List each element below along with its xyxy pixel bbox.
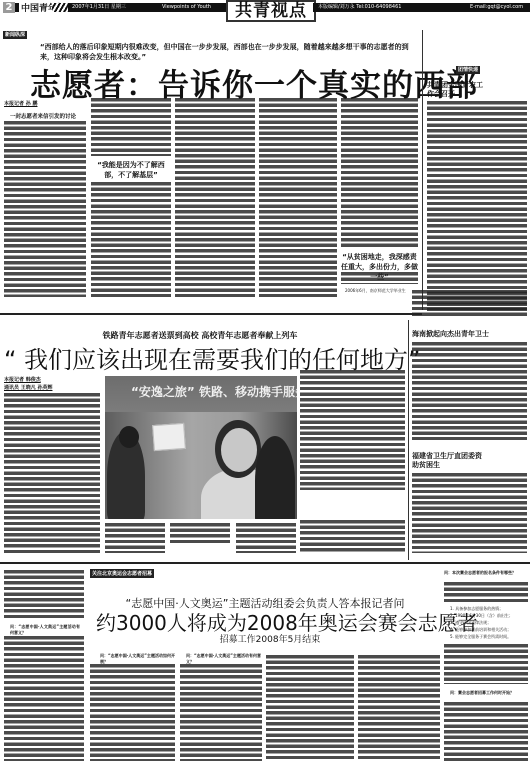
story1-col-5a [341, 98, 418, 248]
story3-q4: 问：本次赛会志愿者的报名条件有哪些？ [444, 570, 528, 576]
story1-byline: 本报记者 孙 鹏 [4, 100, 37, 107]
story3-col-6a [444, 582, 528, 604]
sidebar2-title: 海南掀起向杰出青年卫士 [412, 330, 527, 339]
story3-q5: 问：赛会志愿者招募工作何时开始？ [450, 690, 528, 696]
story1-subhead-2: “我能是因为不了解西部，不了解基层” [91, 160, 171, 180]
photo-ticket [152, 423, 186, 451]
story3-sub: 招募工作2008年5月结束 [150, 632, 390, 645]
story3-req-4: 4. 能够参加赛前培训和相关活动； [450, 627, 528, 633]
issue-date: 2007年1月31日 星期三 [72, 3, 126, 12]
story1-col-2b [91, 182, 171, 297]
photo-face [221, 428, 257, 472]
tagline: Viewpoints of Youth [162, 3, 211, 12]
story1-deck: “西部给人的落后印象短期内很难改变，但中国在一步步发展，西部也在一步步发展，随着… [40, 42, 420, 62]
sidebar1-body [427, 101, 527, 311]
story2-col-1 [4, 393, 100, 553]
story2-col-3 [170, 523, 230, 545]
column-divider-2 [408, 320, 409, 560]
story1-col-5b [341, 272, 418, 284]
story3-col-6c [444, 702, 528, 761]
story3-q1: 问：“志愿中国·人文奥运”主题活动有何意义？ [10, 624, 80, 635]
story2-caption-text [300, 520, 405, 553]
photo-person-2 [255, 436, 295, 519]
story3-col-6b [444, 644, 528, 684]
story1-dateline: 2006年6月，南京师范大学毕业生 [345, 288, 417, 294]
hatch-decoration [52, 3, 68, 12]
story3-col-1 [4, 636, 84, 761]
story2-byline-2: 通讯员 王晓凡 孙英辉 [4, 384, 52, 391]
masthead: 2 中国青年报 2007年1月31日 星期三 Viewpoints of You… [0, 0, 530, 26]
column-divider [422, 30, 423, 310]
story3-q3: 问：“志愿中国·人文奥运”主题活动有何意义？ [186, 653, 261, 664]
sidebar1-kicker: 团情快递 [456, 66, 480, 74]
editor-line: 本版编辑/刘万永 Tel:010-64098461 [318, 3, 401, 12]
story3-intro [4, 570, 84, 618]
story3-col-4 [266, 655, 354, 761]
sidebar3-body [412, 473, 527, 553]
story2-photo: “安逸之旅” 铁路、移动携手服务返程 [105, 376, 297, 519]
section-title: 共青视点 [226, 0, 316, 22]
sidebar2-body [412, 342, 527, 440]
story1-subhead-1: 一封志愿者来信引发的讨论 [10, 112, 76, 120]
story3-req-2: 2. 1990年6月30日（含）前出生； [450, 613, 528, 619]
story1-col-2a [91, 98, 171, 156]
story3-req-1: 1. 具备参加志愿服务的热情； [450, 606, 528, 612]
photo-head-1 [119, 426, 139, 448]
story1-col-1 [4, 121, 86, 297]
story3-req-3: 3. 遵守中国法律法规； [450, 620, 528, 626]
story1-col-3 [175, 98, 255, 297]
section-rule-1 [0, 313, 422, 315]
sidebar1-tail [412, 290, 527, 318]
story3-req-5: 5. 能够完全服务于赛会所需时间。 [450, 634, 528, 640]
story3-col-5 [358, 655, 440, 761]
sidebar3-title: 福建省卫生厅直团委资助贫困生 [412, 452, 482, 470]
story3-col-3 [180, 664, 262, 761]
story3-kicker: 关注北京奥运会志愿者招募 [90, 569, 154, 578]
story1-col-4 [259, 98, 337, 297]
story2-byline: 本报记者 韩俊杰 [4, 376, 41, 383]
story2-col-4 [236, 523, 296, 553]
email: E-mail:gqt@cyol.com [470, 3, 523, 12]
story2-col-5 [300, 370, 405, 490]
story3-col-2 [90, 664, 175, 761]
story1-kicker: 新闻纵深 [3, 31, 27, 39]
story3-q2: 问：“志愿中国·人文奥运”主题活动如何开展？ [100, 653, 175, 664]
photo-banner-text: “安逸之旅” 铁路、移动携手服务返程 [131, 383, 297, 400]
sidebar1-title: 共青团全国青农工作会召开 [427, 81, 487, 99]
story2-col-2 [105, 523, 165, 553]
section-rule-2 [0, 562, 530, 564]
page-number: 2 [3, 2, 15, 13]
